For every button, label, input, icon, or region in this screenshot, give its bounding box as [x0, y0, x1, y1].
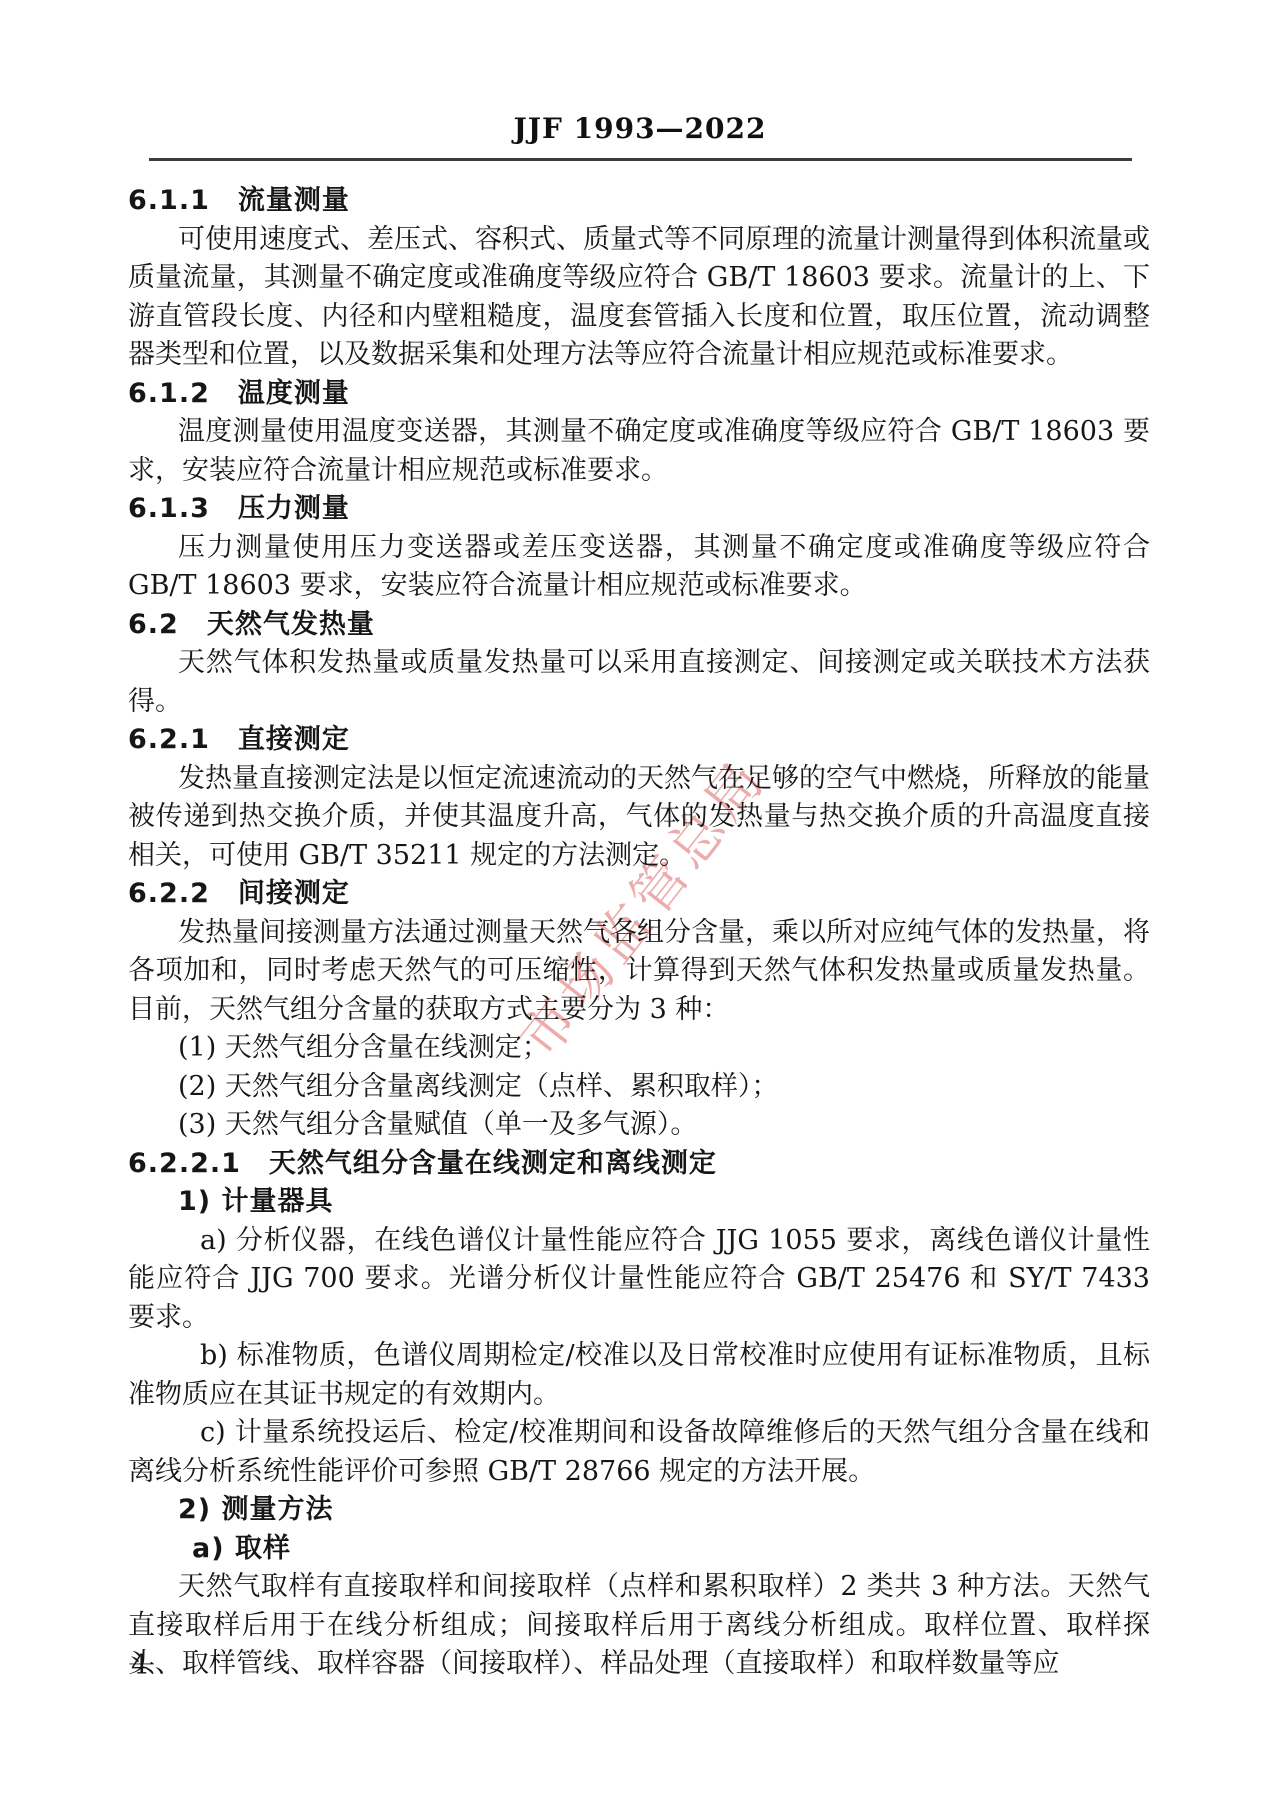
- paragraph: 发热量间接测量方法通过测量天然气各组分含量，乘以所对应纯气体的发热量，将各项加和…: [128, 914, 1150, 1030]
- paragraph: 温度测量使用温度变送器，其测量不确定度或准确度等级应符合 GB/T 18603 …: [128, 413, 1150, 490]
- subheading-a-sampling: a) 取样: [128, 1530, 1150, 1569]
- document-code-header: JJF 1993—2022: [0, 112, 1280, 145]
- subheading-1-metering-instruments: 1) 计量器具: [128, 1183, 1150, 1222]
- paragraph: 天然气取样有直接取样和间接取样（点样和累积取样）2 类共 3 种方法。天然气直接…: [128, 1568, 1150, 1684]
- section-heading-6-2-1: 6.2.1 直接测定: [128, 721, 1150, 760]
- section-heading-6-1-1: 6.1.1 流量测量: [128, 182, 1150, 221]
- paragraph: 发热量直接测定法是以恒定流速流动的天然气在足够的空气中燃烧，所释放的能量被传递到…: [128, 760, 1150, 876]
- section-heading-6-2: 6.2 天然气发热量: [128, 606, 1150, 645]
- section-heading-6-2-2-1: 6.2.2.1 天然气组分含量在线测定和离线测定: [128, 1145, 1150, 1184]
- section-heading-6-2-2: 6.2.2 间接测定: [128, 875, 1150, 914]
- subheading-2-measurement-method: 2) 测量方法: [128, 1491, 1150, 1530]
- section-heading-6-1-3: 6.1.3 压力测量: [128, 490, 1150, 529]
- header-rule: [149, 158, 1132, 161]
- paragraph: 可使用速度式、差压式、容积式、质量式等不同原理的流量计测量得到体积流量或质量流量…: [128, 221, 1150, 375]
- section-heading-6-1-2: 6.1.2 温度测量: [128, 375, 1150, 414]
- list-item-3: (3) 天然气组分含量赋值（单一及多气源）。: [128, 1106, 1150, 1145]
- list-item-2: (2) 天然气组分含量离线测定（点样、累积取样）；: [128, 1068, 1150, 1107]
- page-number: 4: [131, 1650, 148, 1681]
- paragraph-item-b: b) 标准物质，色谱仪周期检定/校准以及日常校准时应使用有证标准物质，且标准物质…: [128, 1337, 1150, 1414]
- paragraph-item-a: a) 分析仪器，在线色谱仪计量性能应符合 JJG 1055 要求，离线色谱仪计量…: [128, 1222, 1150, 1338]
- document-page: JJF 1993—2022 市场监管总局 6.1.1 流量测量 可使用速度式、差…: [0, 0, 1280, 1810]
- paragraph-item-c: c) 计量系统投运后、检定/校准期间和设备故障维修后的天然气组分含量在线和离线分…: [128, 1414, 1150, 1491]
- document-body: 6.1.1 流量测量 可使用速度式、差压式、容积式、质量式等不同原理的流量计测量…: [128, 182, 1150, 1684]
- paragraph: 压力测量使用压力变送器或差压变送器，其测量不确定度或准确度等级应符合 GB/T …: [128, 529, 1150, 606]
- paragraph: 天然气体积发热量或质量发热量可以采用直接测定、间接测定或关联技术方法获得。: [128, 644, 1150, 721]
- list-item-1: (1) 天然气组分含量在线测定；: [128, 1029, 1150, 1068]
